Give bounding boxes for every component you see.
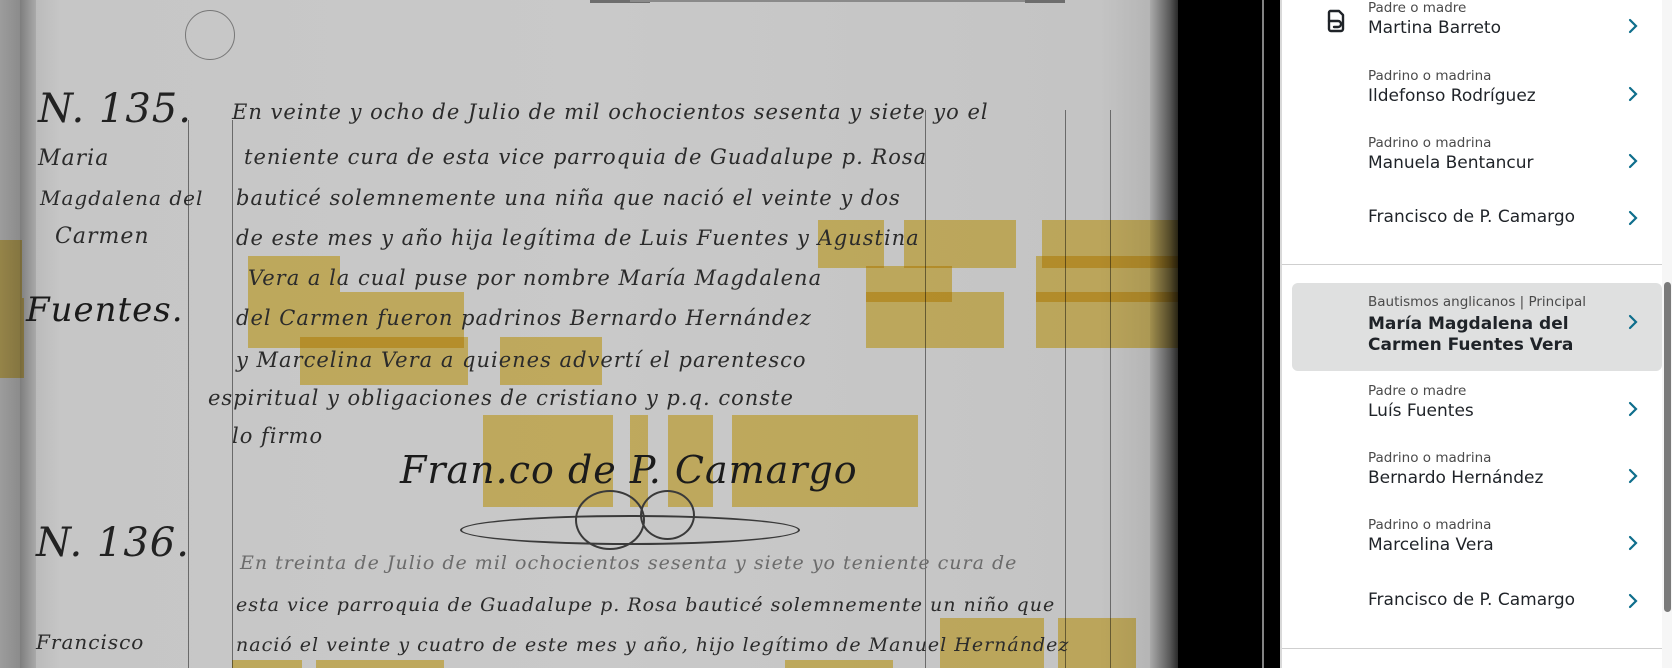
record-collection-label: Bautismos anglicanos | Principal [1368, 294, 1586, 310]
person-row[interactable]: Padrino o madrina Manuela Bentancur [1292, 131, 1662, 187]
person-role: Padrino o madrina [1368, 517, 1491, 533]
document-link-icon [1324, 8, 1348, 34]
name-highlight [785, 660, 893, 668]
name-highlight [0, 240, 22, 298]
handwritten-line: esta vice parroquia de Guadalupe p. Rosa… [236, 594, 1055, 616]
ink-flourish [185, 10, 235, 60]
name-highlight [232, 660, 302, 668]
person-name: Luís Fuentes [1368, 401, 1474, 421]
ruled-column-line [1065, 110, 1066, 668]
handwritten-line: En treinta de Julio de mil ochocientos s… [240, 552, 1017, 574]
principal-name: María Magdalena del Carmen Fuentes Vera [1368, 314, 1628, 356]
person-role: Padrino o madrina [1368, 135, 1491, 151]
name-highlight [316, 660, 444, 668]
person-row[interactable]: Francisco de P. Camargo [1292, 200, 1662, 240]
name-highlight [904, 220, 1016, 268]
record-image-viewer[interactable]: N. 135. Maria Magdalena del Carmen Fuent… [0, 0, 1280, 668]
person-row[interactable]: Francisco de P. Camargo [1292, 584, 1662, 624]
signature-flourish [575, 490, 645, 550]
person-name: Bernardo Hernández [1368, 468, 1543, 488]
chevron-right-icon [1624, 85, 1642, 103]
document-page-image: N. 135. Maria Magdalena del Carmen Fuent… [0, 0, 1175, 668]
person-row[interactable]: Padre o madre Luís Fuentes [1292, 383, 1662, 439]
person-row[interactable]: Padrino o madrina Ildefonso Rodríguez [1292, 64, 1662, 120]
record-persons-panel: Padre o madre Martina Barreto Padrino o … [1280, 0, 1672, 668]
chevron-right-icon [1624, 209, 1642, 227]
person-row[interactable]: Padrino o madrina Bernardo Hernández [1292, 450, 1662, 506]
margin-name-line: Fuentes. [26, 290, 184, 330]
name-highlight [866, 292, 1004, 348]
handwritten-line: lo firmo [232, 424, 323, 448]
handwritten-line: espiritual y obligaciones de cristiano y… [208, 386, 794, 410]
handwritten-line: En veinte y ocho de Julio de mil ochocie… [232, 100, 989, 124]
handwritten-line: y Marcelina Vera a quienes advertí el pa… [236, 348, 807, 372]
chevron-right-icon [1624, 467, 1642, 485]
chevron-right-icon [1624, 400, 1642, 418]
person-name: Francisco de P. Camargo [1368, 207, 1575, 227]
handwritten-line: nació el veinte y cuatro de este mes y a… [236, 634, 1069, 656]
film-scratch [1262, 0, 1264, 668]
name-highlight [1036, 292, 1182, 348]
margin-name-line: Francisco [36, 630, 144, 654]
person-name: Martina Barreto [1368, 18, 1501, 38]
ruled-column-line [1110, 110, 1111, 668]
handwritten-line: teniente cura de esta vice parroquia de … [244, 145, 927, 169]
scrollbar-thumb[interactable] [1664, 282, 1671, 612]
chevron-right-icon [1624, 534, 1642, 552]
chevron-right-icon [1624, 592, 1642, 610]
person-role: Padrino o madrina [1368, 450, 1491, 466]
person-role: Padre o madre [1368, 0, 1466, 16]
signature-flourish [640, 490, 695, 540]
page-top-mark [1025, 0, 1065, 3]
name-highlight [1058, 618, 1136, 668]
person-name: Ildefonso Rodríguez [1368, 86, 1536, 106]
person-role: Padrino o madrina [1368, 68, 1491, 84]
margin-name-line: Magdalena del [40, 186, 203, 210]
person-name: Marcelina Vera [1368, 535, 1494, 555]
page-top-mark [630, 0, 1050, 2]
group-divider [1282, 264, 1662, 265]
margin-name-line: Carmen [55, 224, 150, 249]
handwritten-line: bauticé solemnemente una niña que nació … [236, 186, 901, 210]
panel-scrollbar[interactable] [1662, 0, 1672, 668]
handwritten-line: Vera a la cual puse por nombre María Mag… [248, 266, 822, 290]
entry-number: N. 136. [36, 520, 190, 566]
person-row[interactable]: Padrino o madrina Marcelina Vera [1292, 517, 1662, 573]
person-row-principal-selected[interactable]: Bautismos anglicanos | Principal María M… [1292, 283, 1662, 371]
group-divider [1282, 648, 1662, 649]
chevron-right-icon [1624, 313, 1642, 331]
chevron-right-icon [1624, 152, 1642, 170]
entry-number: N. 135. [38, 86, 192, 132]
handwritten-line: de este mes y año hija legítima de Luis … [236, 226, 920, 250]
person-name: Manuela Bentancur [1368, 153, 1534, 173]
person-row[interactable]: Padre o madre Martina Barreto [1292, 0, 1662, 56]
person-name: Francisco de P. Camargo [1368, 590, 1575, 610]
handwritten-line: del Carmen fueron padrinos Bernardo Hern… [236, 306, 812, 330]
margin-name-line: Maria [38, 146, 109, 171]
chevron-right-icon [1624, 17, 1642, 35]
priest-signature: Fran.co de P. Camargo [400, 448, 858, 492]
ruled-column-line [925, 110, 926, 668]
name-highlight [0, 298, 24, 378]
person-role: Padre o madre [1368, 383, 1466, 399]
